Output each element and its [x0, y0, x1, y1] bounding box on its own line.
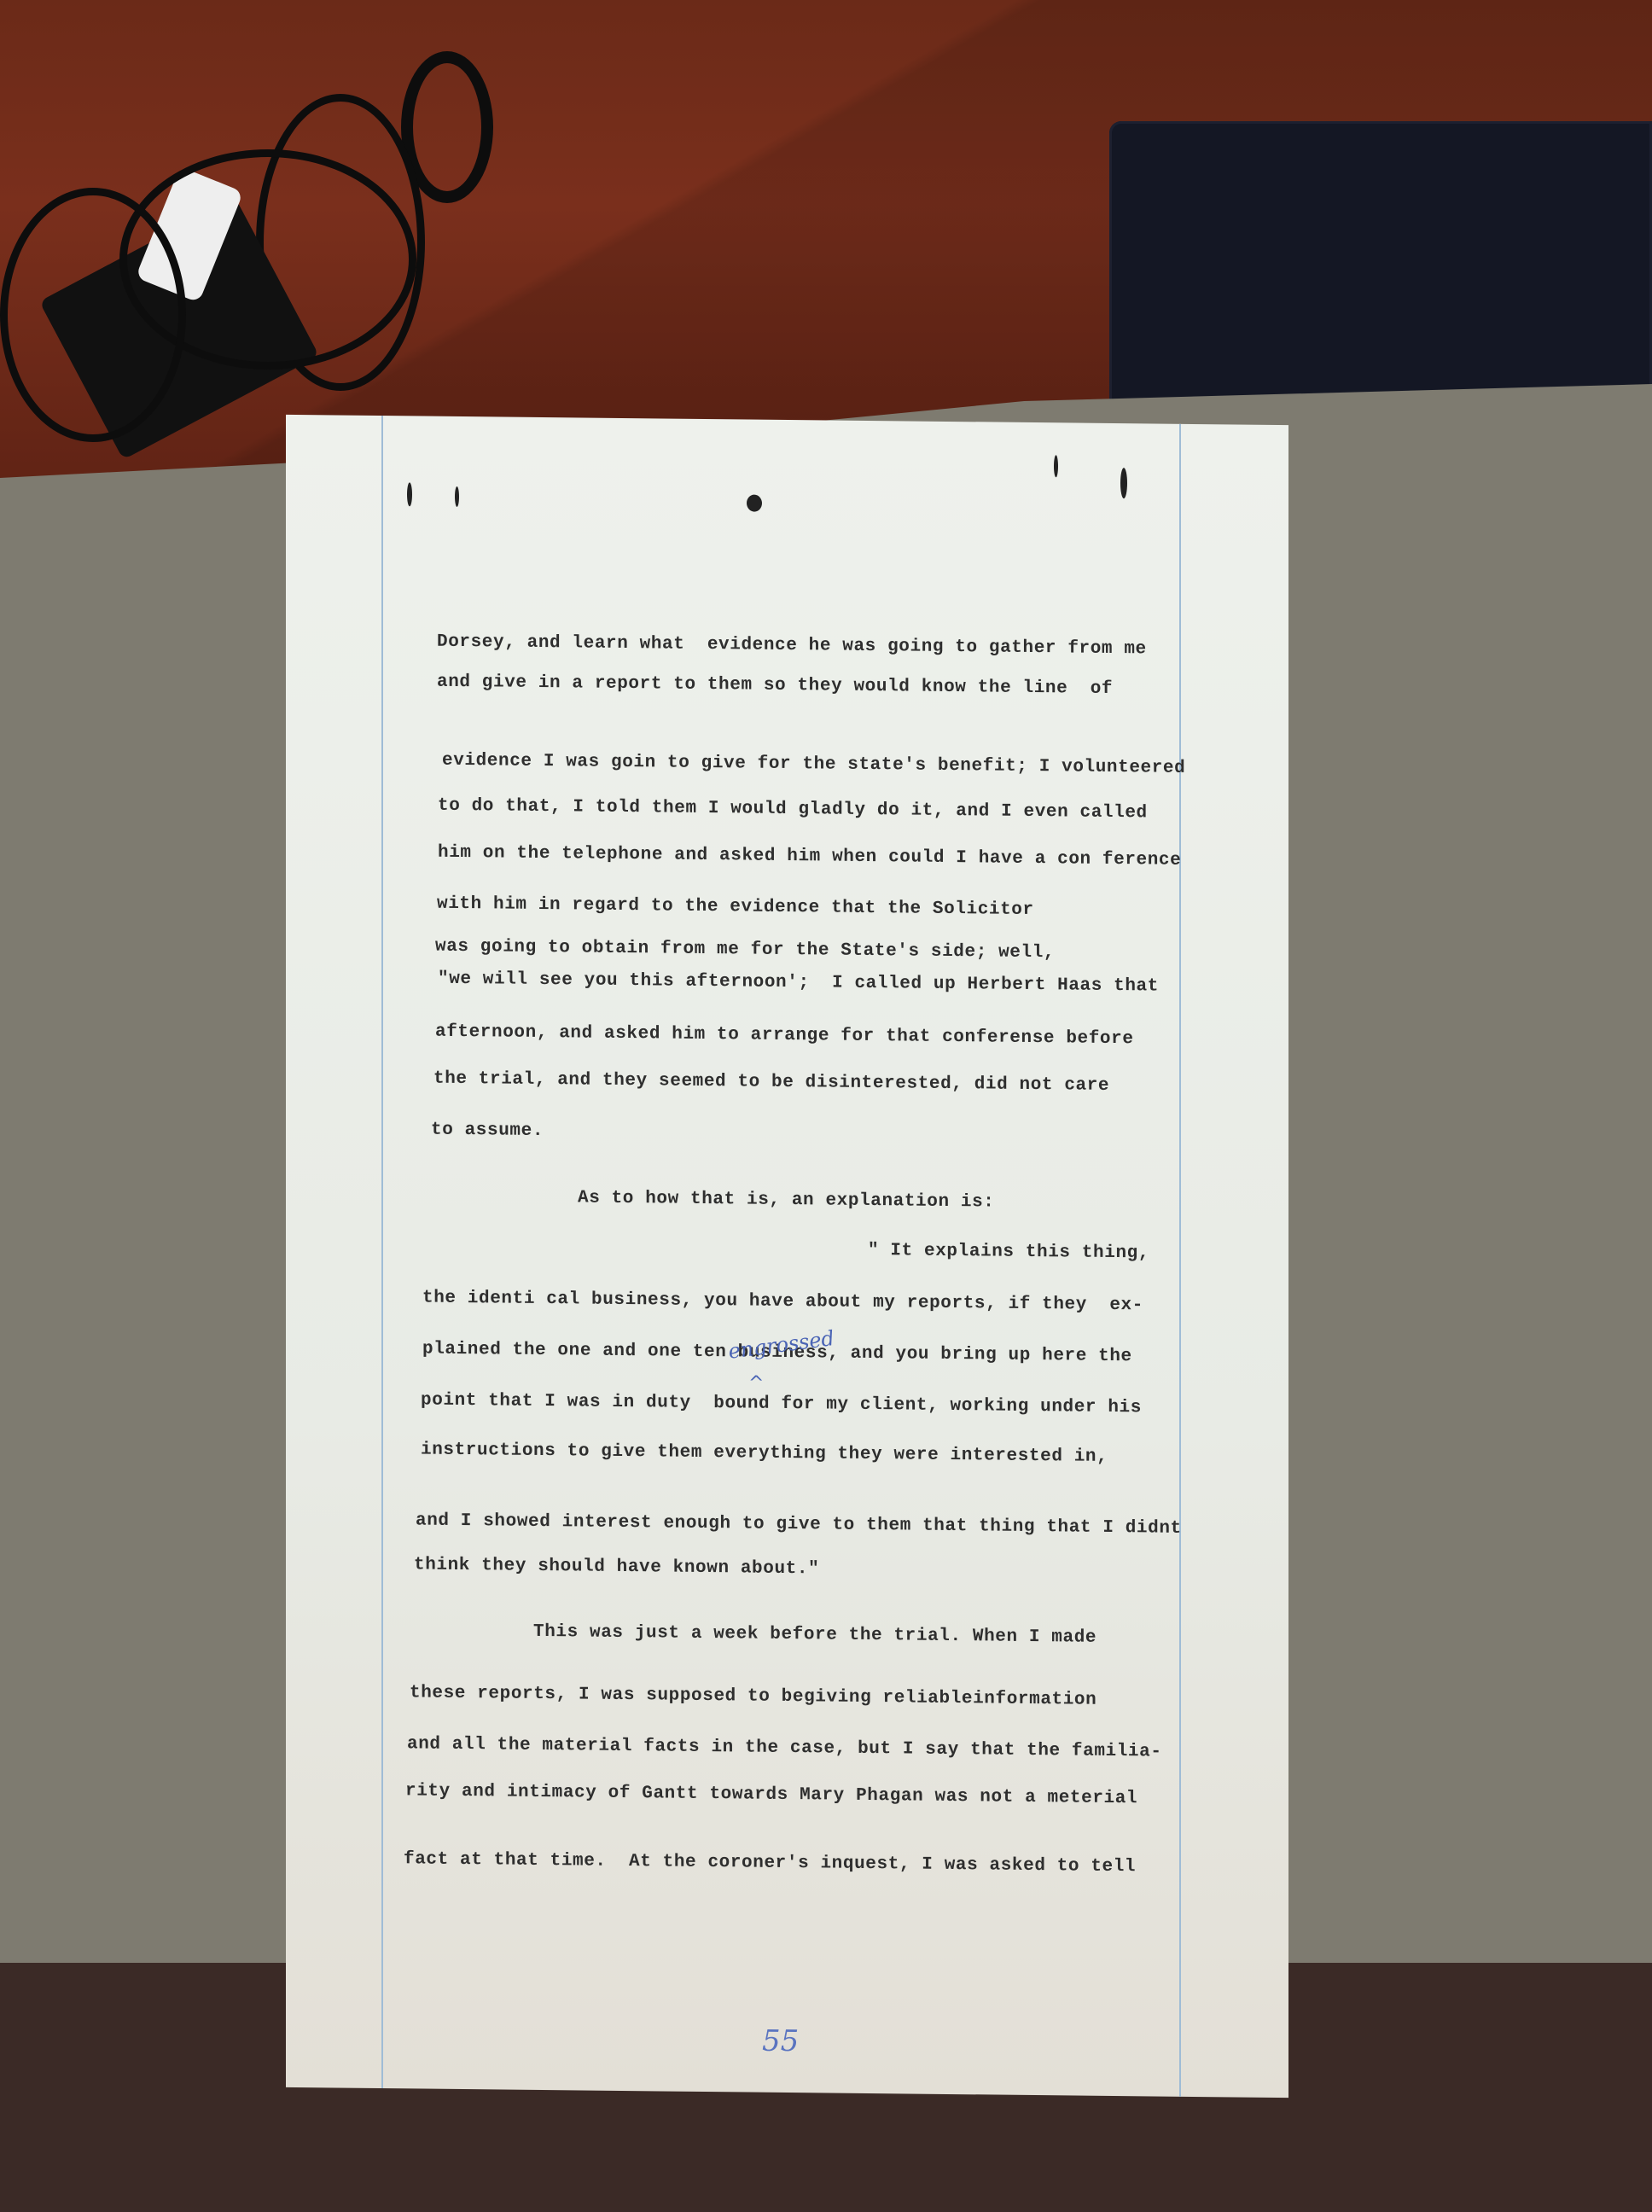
punch-hole [455, 486, 459, 507]
typed-line: and give in a report to them so they wou… [437, 672, 1113, 699]
typed-line: "we will see you this afternoon'; I call… [438, 969, 1159, 997]
typed-line: and all the material facts in the case, … [407, 1734, 1162, 1761]
cable-loop [0, 188, 186, 442]
typed-line: and I showed interest enough to give to … [416, 1511, 1182, 1538]
typed-line: Dorsey, and learn what evidence he was g… [437, 632, 1147, 660]
punch-hole [747, 495, 762, 512]
typed-line: with him in regard to the evidence that … [437, 894, 1034, 920]
typed-line: the identi cal business, you have about … [422, 1289, 1143, 1316]
document-page: Dorsey, and learn what evidence he was g… [286, 415, 1288, 2098]
typed-line: rity and intimacy of Gantt towards Mary … [405, 1781, 1137, 1808]
typed-line: these reports, I was supposed to begivin… [410, 1683, 1096, 1709]
punch-hole [1054, 455, 1058, 477]
typed-line: As to how that is, an explanation is: [578, 1188, 994, 1212]
tablet-case [1109, 121, 1652, 411]
left-margin-line [381, 416, 383, 2088]
typed-line: the trial, and they seemed to be disinte… [433, 1069, 1109, 1096]
right-margin-line [1179, 424, 1181, 2097]
typed-line: to assume. [431, 1121, 544, 1141]
typed-line: This was just a week before the trial. W… [533, 1622, 1096, 1648]
typed-line: was going to obtain from me for the Stat… [435, 937, 1055, 963]
typed-line: to do that, I told them I would gladly d… [438, 796, 1148, 824]
punch-hole [407, 482, 412, 506]
page-number: 55 [762, 2024, 799, 2058]
typed-line: instructions to give them everything the… [421, 1441, 1108, 1467]
typed-line: evidence I was goin to give for the stat… [442, 751, 1185, 778]
typed-line: " It explains this thing, [868, 1241, 1149, 1263]
typed-line: him on the telephone and asked him when … [438, 843, 1181, 870]
punch-hole [1120, 468, 1127, 498]
typed-line: fact at that time. At the coroner's inqu… [404, 1849, 1136, 1877]
typed-line: point that I was in duty bound for my cl… [421, 1391, 1142, 1418]
typed-line: think they should have known about." [414, 1555, 819, 1579]
typed-line: afternoon, and asked him to arrange for … [435, 1022, 1134, 1050]
insertion-caret: ^ [748, 1373, 764, 1394]
